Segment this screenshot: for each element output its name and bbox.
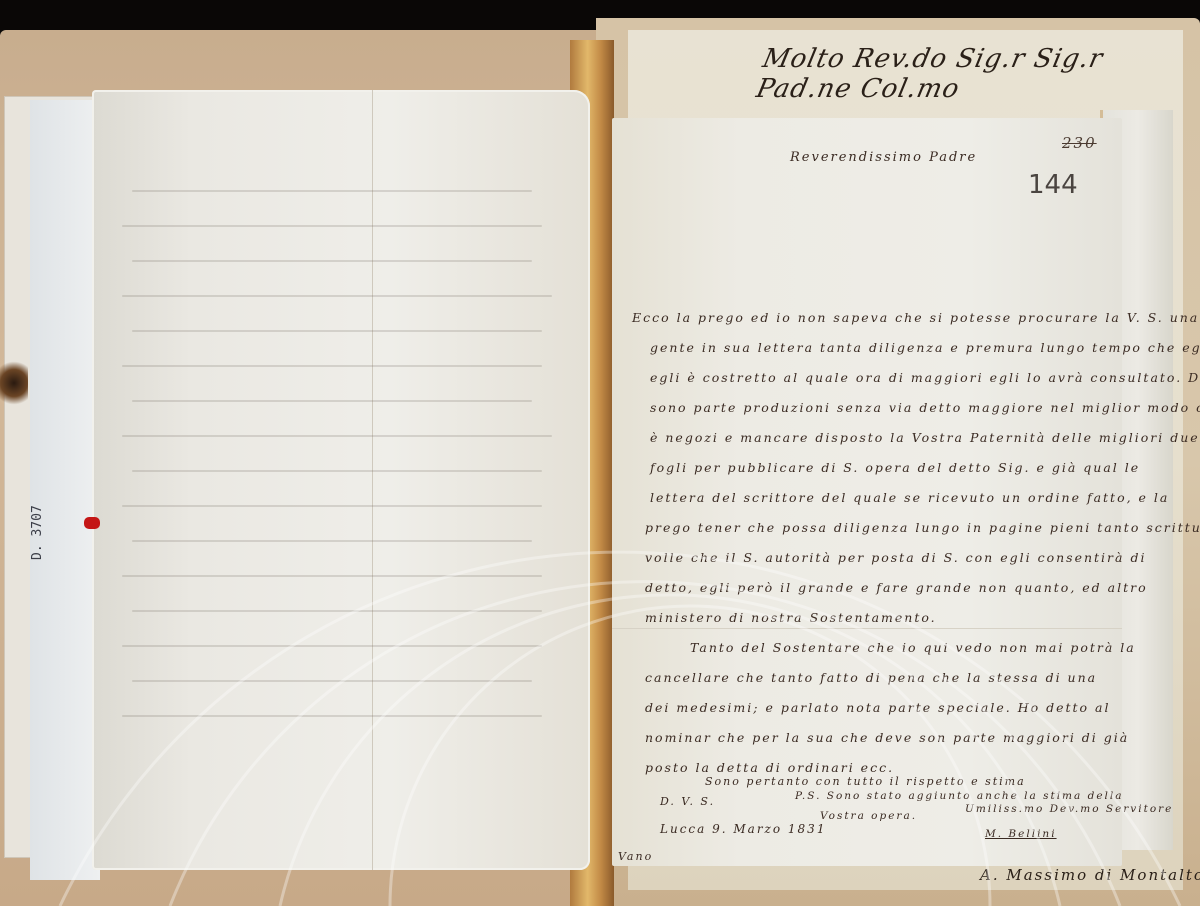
letter-line: Tanto del Sostentare che io qui vedo non…	[690, 640, 1136, 655]
page-fold	[612, 628, 1122, 629]
letter-line: Ecco la prego ed io non sapeva che si po…	[632, 310, 1200, 325]
left-page	[92, 90, 590, 870]
bleed-line	[132, 680, 532, 682]
letter-line: dei medesimi; e parlato nota parte speci…	[645, 700, 1111, 715]
cover-address: Molto Rev.do Sig.r Sig.r Pad.ne Col.mo	[754, 44, 1200, 104]
letter-line: posto la detta di ordinari ecc.	[645, 760, 894, 775]
letter-line: gente in sua lettera tanta diligenza e p…	[650, 340, 1200, 355]
place-date: Lucca 9. Marzo 1831	[660, 822, 826, 836]
letter-line: è negozi e mancare disposto la Vostra Pa…	[650, 430, 1200, 445]
letter-line: cancellare che tanto fatto di pena che l…	[645, 670, 1097, 685]
folio-number: 144	[1028, 170, 1078, 200]
postscript: P.S. Sono stato aggiunto anche la stima …	[795, 790, 1124, 802]
letter-line: ministero di nostra Sostentamento.	[645, 610, 937, 625]
archive-label: D. 3707	[30, 470, 50, 560]
bleed-line	[122, 435, 552, 437]
letter-line: fogli per pubblicare di S. opera del det…	[650, 460, 1140, 475]
bleed-line	[132, 610, 542, 612]
bleed-line	[132, 540, 532, 542]
letter-line: egli è costretto al quale ora di maggior…	[650, 370, 1200, 385]
red-seal-mark	[84, 517, 100, 529]
salutation: Reverendissimo Padre	[790, 150, 977, 165]
bleed-line	[122, 365, 542, 367]
bleed-line	[132, 470, 542, 472]
letter-line: Sono pertanto con tutto il rispetto e st…	[705, 775, 1026, 788]
folio-number-old: 230	[1062, 134, 1097, 152]
bleed-line	[132, 330, 542, 332]
letter-line: volle che il S. autorità per posta di S.…	[645, 550, 1146, 565]
letter-line: detto, egli però il grande e fare grande…	[645, 580, 1148, 595]
bleed-line	[122, 225, 542, 227]
sign-off-abbreviation: D. V. S.	[660, 795, 715, 808]
page-fold	[372, 90, 373, 870]
closing-formula: Umiliss.mo Dev.mo Servitore	[965, 803, 1173, 815]
bleed-line	[122, 715, 542, 717]
letter-line: prego tener che possa diligenza lungo in…	[645, 520, 1200, 535]
bleed-line	[122, 505, 542, 507]
bleed-line	[122, 295, 552, 297]
bottom-mark: Vano	[618, 850, 653, 863]
bleed-line	[122, 645, 542, 647]
bleed-line	[132, 400, 532, 402]
ink-stain	[0, 360, 28, 406]
letter-line: sono parte produzioni senza via detto ma…	[650, 400, 1200, 415]
addressee-signature: A. Massimo di Montalto	[980, 866, 1200, 884]
signature: M. Bellini	[985, 828, 1057, 840]
bleed-line	[132, 190, 532, 192]
letter-line: nominar che per la sua che deve son part…	[645, 730, 1129, 745]
letter-line: lettera del scrittore del quale se ricev…	[650, 490, 1169, 505]
postscript-continued: Vostra opera.	[820, 810, 917, 822]
bleed-line	[132, 260, 532, 262]
bleed-line	[122, 575, 542, 577]
